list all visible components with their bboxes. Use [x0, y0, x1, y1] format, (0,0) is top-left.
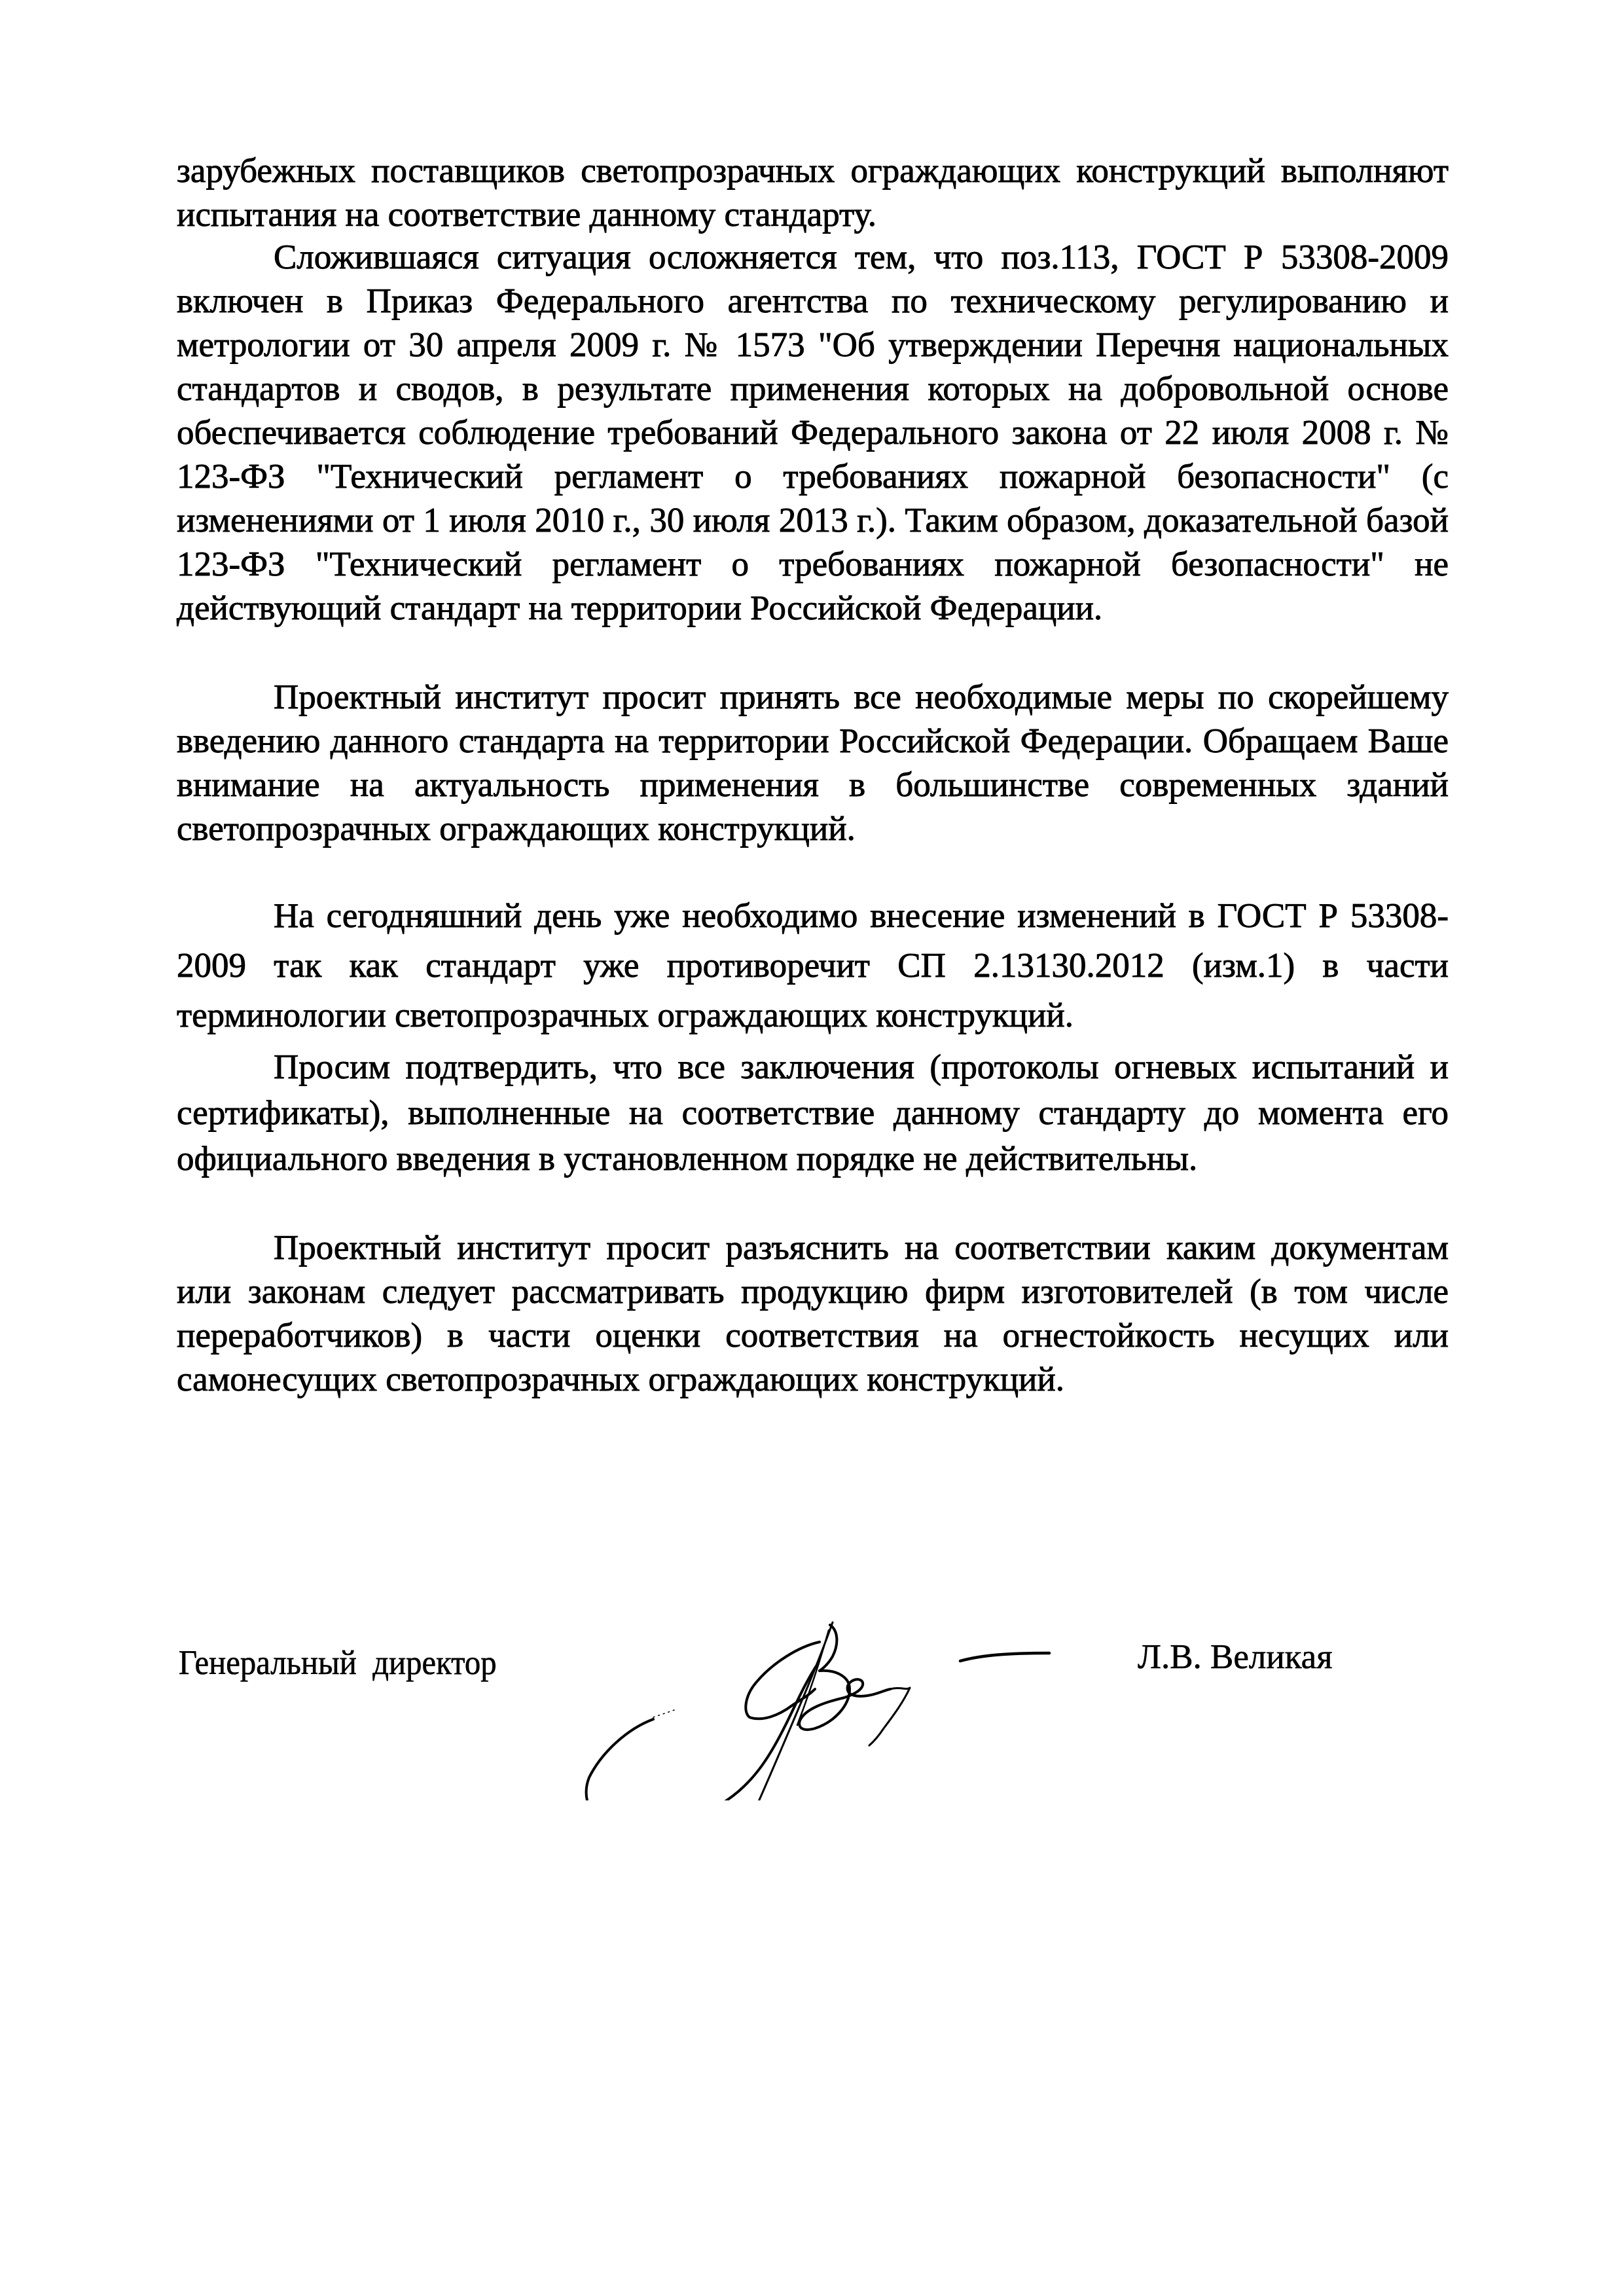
paragraph-clarify: Проектный институт просит разъяснить на … — [177, 1226, 1449, 1402]
paragraph-amendments: На сегодняшний день уже необходимо внесе… — [177, 891, 1449, 1040]
paragraph-request-adoption: Проектный институт просит принять все не… — [177, 676, 1449, 851]
document-page: зарубежных поставщиков светопрозрачных о… — [0, 0, 1624, 2296]
signatory-position: Генеральный директор — [179, 1641, 497, 1685]
paragraph-foreign-suppliers: зарубежных поставщиков светопрозрачных о… — [177, 149, 1449, 236]
signatory-name: Л.В. Великая — [1138, 1635, 1333, 1679]
paragraph-situation: Сложившаяся ситуация осложняется тем, чт… — [177, 236, 1449, 630]
paragraph-confirm-invalid: Просим подтвердить, что все заключения (… — [177, 1044, 1449, 1182]
handwritten-signature-icon — [576, 1591, 1074, 1800]
